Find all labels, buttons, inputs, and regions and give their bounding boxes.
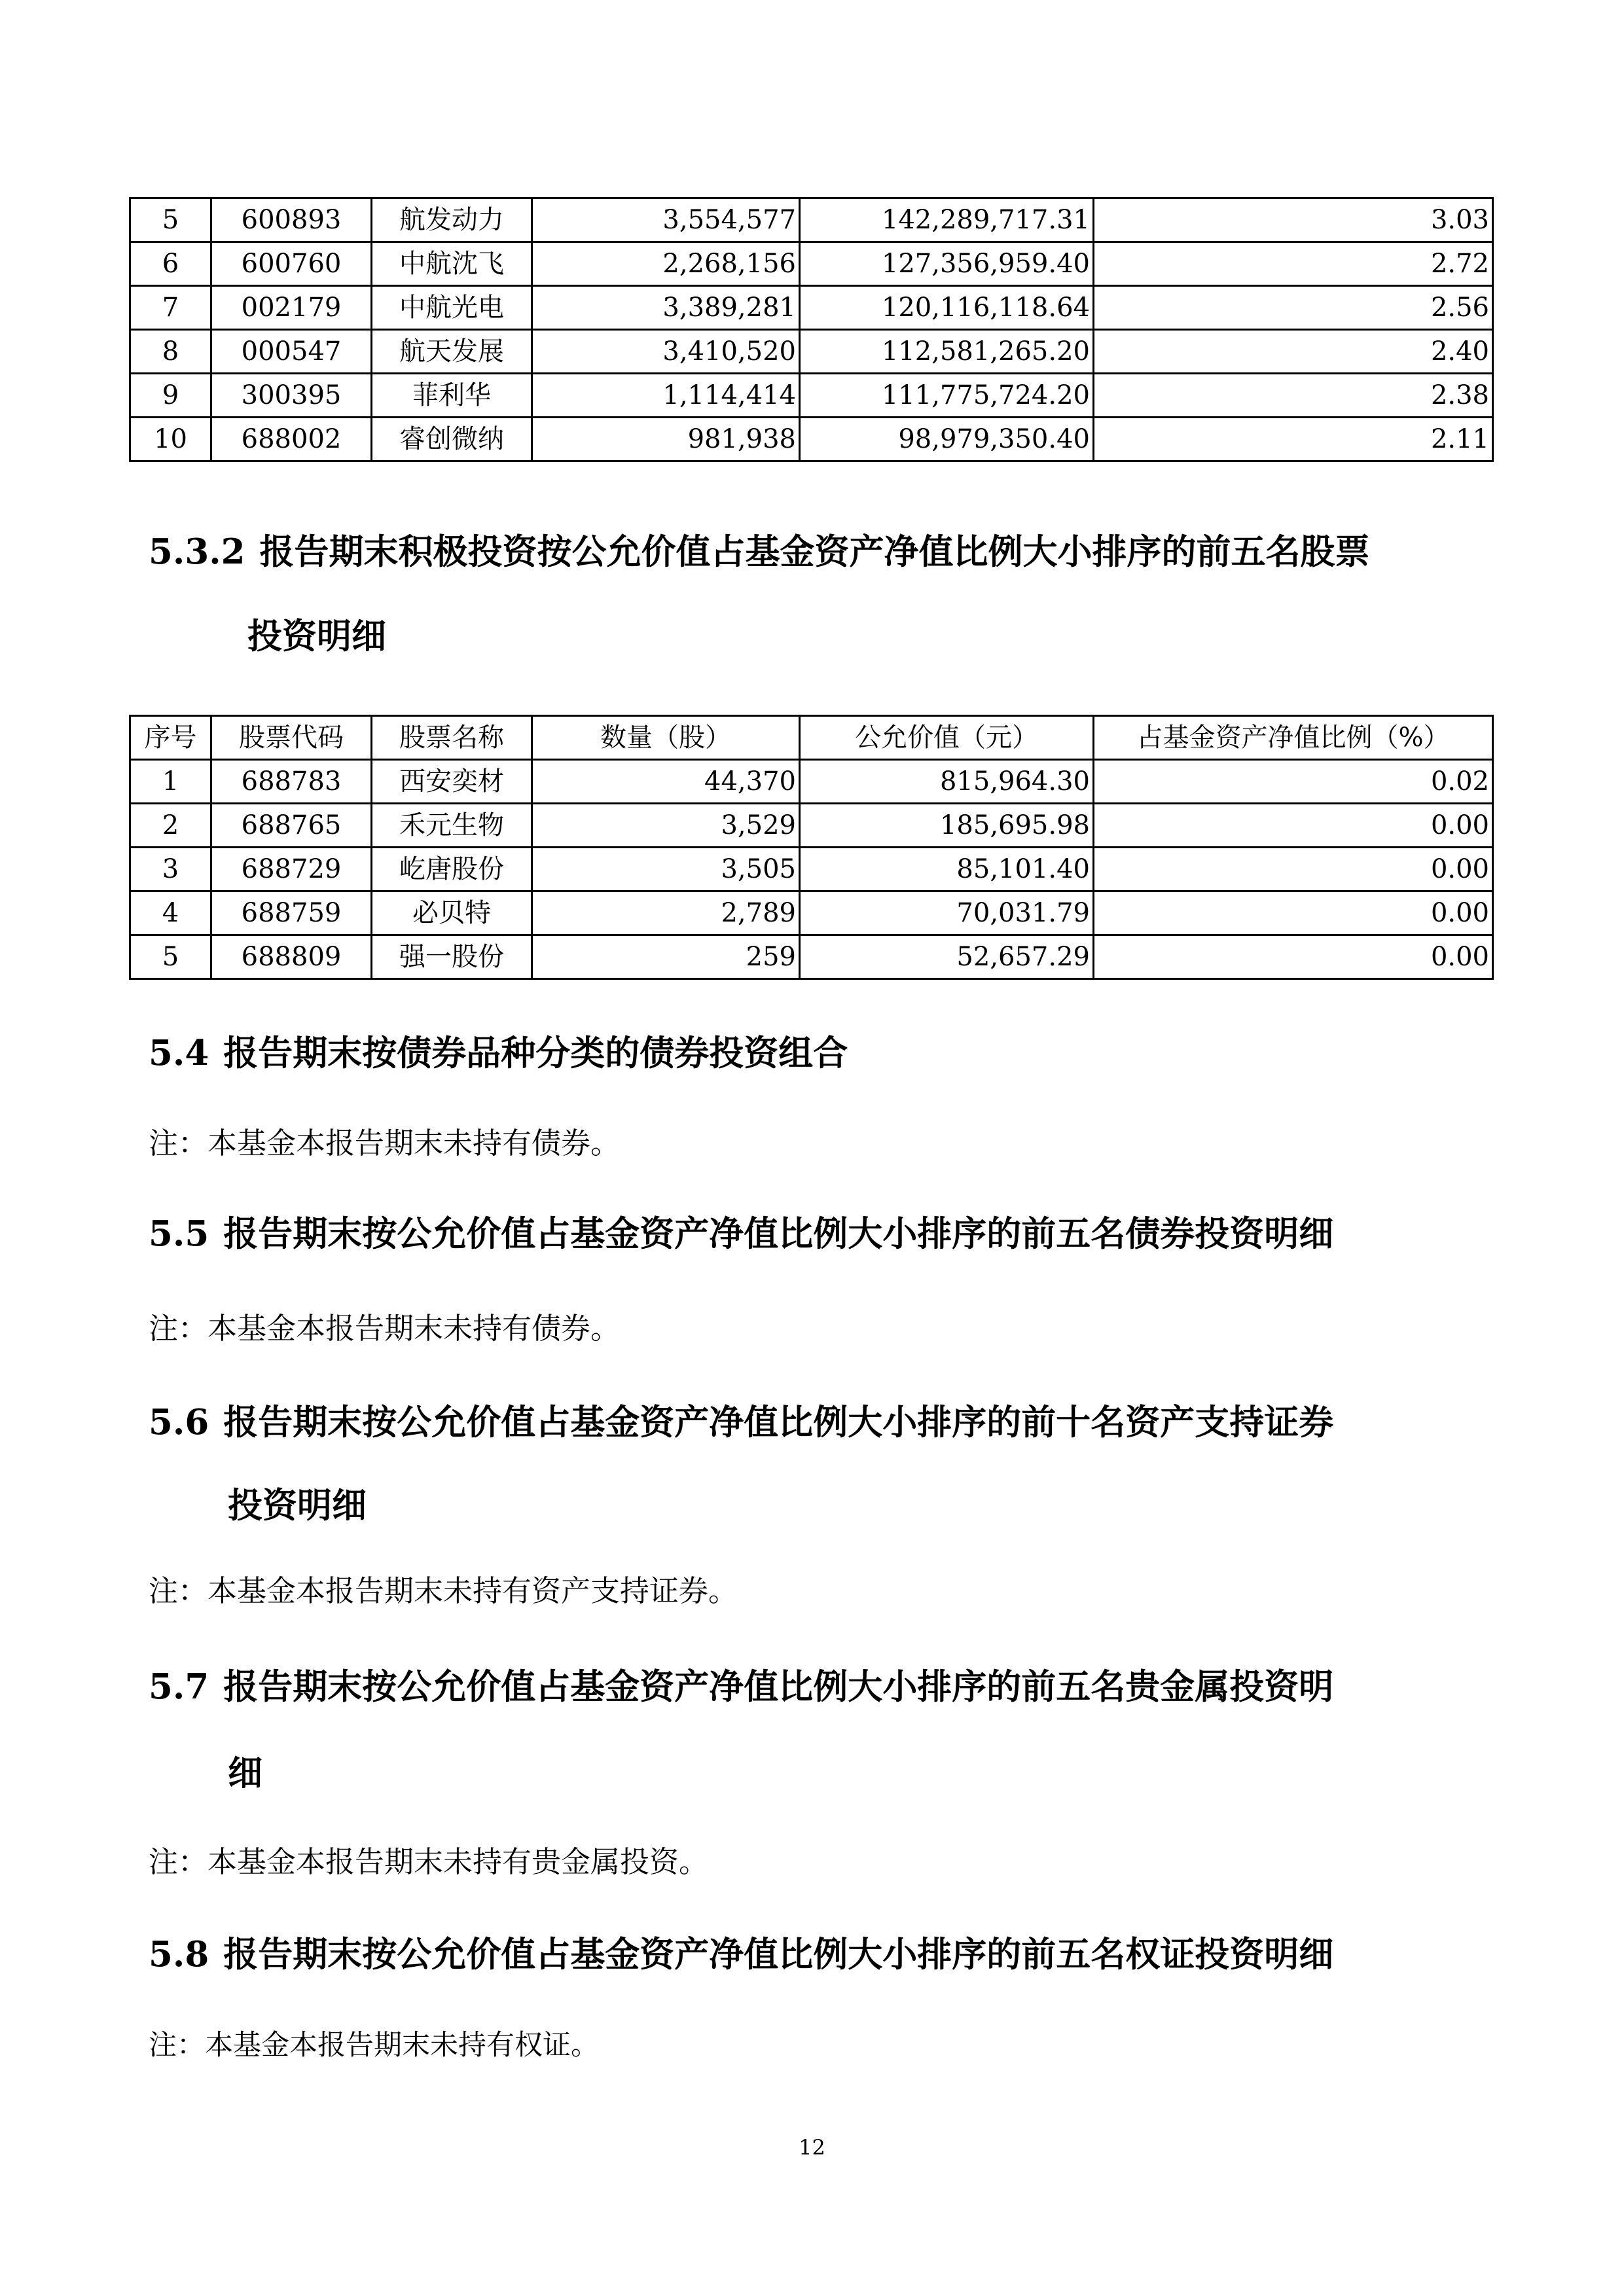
header-code: 股票代码 (211, 716, 372, 760)
cell-ratio: 2.72 (1094, 242, 1493, 286)
cell-fair-value: 111,775,724.20 (800, 374, 1094, 418)
section-number: 5.6 (149, 1399, 209, 1445)
cell-ratio: 2.40 (1094, 330, 1493, 374)
cell-code: 002179 (211, 286, 372, 330)
section-title: 报告期末按债券品种分类的债券投资组合 (223, 1033, 848, 1073)
cell-quantity: 3,554,577 (532, 198, 800, 242)
cell-code: 600893 (211, 198, 372, 242)
table-row: 4 688759 必贝特 2,789 70,031.79 0.00 (130, 891, 1493, 935)
cell-ratio: 0.00 (1094, 804, 1493, 848)
cell-fair-value: 52,657.29 (800, 935, 1094, 979)
cell-quantity: 44,370 (532, 760, 800, 804)
section-number: 5.8 (149, 1931, 209, 1977)
cell-quantity: 1,114,414 (532, 374, 800, 418)
cell-name: 航发动力 (372, 198, 532, 242)
cell-no: 3 (130, 848, 211, 891)
cell-code: 000547 (211, 330, 372, 374)
cell-code: 300395 (211, 374, 372, 418)
table-row: 9 300395 菲利华 1,114,414 111,775,724.20 2.… (130, 374, 1493, 418)
table-row: 8 000547 航天发展 3,410,520 112,581,265.20 2… (130, 330, 1493, 374)
section-heading-5-3-2: 5.3.2报告期末积极投资按公允价值占基金资产净值比例大小排序的前五名股票 (149, 529, 1370, 575)
cell-no: 9 (130, 374, 211, 418)
cell-name: 中航光电 (372, 286, 532, 330)
cell-fair-value: 98,979,350.40 (800, 418, 1094, 461)
cell-fair-value: 185,695.98 (800, 804, 1094, 848)
section-heading-5-3-2-line2: 投资明细 (247, 614, 386, 660)
section-title-line1: 报告期末按公允价值占基金资产净值比例大小排序的前十名资产支持证券 (223, 1403, 1333, 1443)
cell-code: 688729 (211, 848, 372, 891)
section-title: 报告期末按公允价值占基金资产净值比例大小排序的前五名权证投资明细 (223, 1935, 1333, 1975)
cell-ratio: 0.00 (1094, 935, 1493, 979)
cell-fair-value: 127,356,959.40 (800, 242, 1094, 286)
table-row: 6 600760 中航沈飞 2,268,156 127,356,959.40 2… (130, 242, 1493, 286)
section-heading-5-8: 5.8报告期末按公允价值占基金资产净值比例大小排序的前五名权证投资明细 (149, 1931, 1333, 1978)
cell-no: 2 (130, 804, 211, 848)
section-heading-5-6-line2: 投资明细 (228, 1483, 367, 1529)
cell-quantity: 3,505 (532, 848, 800, 891)
cell-no: 5 (130, 198, 211, 242)
table-row: 1 688783 西安奕材 44,370 815,964.30 0.02 (130, 760, 1493, 804)
section-number: 5.7 (149, 1664, 209, 1710)
cell-code: 688002 (211, 418, 372, 461)
table-row: 5 600893 航发动力 3,554,577 142,289,717.31 3… (130, 198, 1493, 242)
table-row: 5 688809 强一股份 259 52,657.29 0.00 (130, 935, 1493, 979)
cell-no: 8 (130, 330, 211, 374)
cell-code: 688759 (211, 891, 372, 935)
cell-ratio: 3.03 (1094, 198, 1493, 242)
active-investment-top5-table: 序号 股票代码 股票名称 数量（股） 公允价值（元） 占基金资产净值比例（%） … (129, 715, 1494, 980)
section-heading-5-6: 5.6报告期末按公允价值占基金资产净值比例大小排序的前十名资产支持证券 (149, 1399, 1333, 1446)
cell-name: 禾元生物 (372, 804, 532, 848)
cell-ratio: 2.56 (1094, 286, 1493, 330)
section-number: 5.4 (149, 1030, 209, 1076)
cell-name: 菲利华 (372, 374, 532, 418)
cell-name: 屹唐股份 (372, 848, 532, 891)
cell-no: 6 (130, 242, 211, 286)
cell-code: 688809 (211, 935, 372, 979)
cell-ratio: 2.11 (1094, 418, 1493, 461)
table-header-row: 序号 股票代码 股票名称 数量（股） 公允价值（元） 占基金资产净值比例（%） (130, 716, 1493, 760)
cell-quantity: 981,938 (532, 418, 800, 461)
table-row: 10 688002 睿创微纳 981,938 98,979,350.40 2.1… (130, 418, 1493, 461)
section-heading-5-5: 5.5报告期末按公允价值占基金资产净值比例大小排序的前五名债券投资明细 (149, 1211, 1333, 1257)
cell-ratio: 0.00 (1094, 891, 1493, 935)
cell-quantity: 3,529 (532, 804, 800, 848)
cell-quantity: 259 (532, 935, 800, 979)
cell-fair-value: 815,964.30 (800, 760, 1094, 804)
header-fair-value: 公允价值（元） (800, 716, 1094, 760)
header-no: 序号 (130, 716, 211, 760)
cell-name: 航天发展 (372, 330, 532, 374)
section-note-5-4: 注：本基金本报告期末未持有债券。 (149, 1124, 620, 1163)
cell-no: 4 (130, 891, 211, 935)
header-ratio: 占基金资产净值比例（%） (1094, 716, 1493, 760)
cell-fair-value: 112,581,265.20 (800, 330, 1094, 374)
section-note-5-5: 注：本基金本报告期末未持有债券。 (149, 1309, 620, 1348)
cell-fair-value: 120,116,118.64 (800, 286, 1094, 330)
cell-quantity: 3,389,281 (532, 286, 800, 330)
cell-no: 7 (130, 286, 211, 330)
header-name: 股票名称 (372, 716, 532, 760)
section-number: 5.5 (149, 1211, 209, 1257)
header-quantity: 数量（股） (532, 716, 800, 760)
cell-name: 中航沈飞 (372, 242, 532, 286)
section-note-5-7: 注：本基金本报告期末未持有贵金属投资。 (149, 1842, 708, 1882)
cell-no: 5 (130, 935, 211, 979)
cell-quantity: 2,268,156 (532, 242, 800, 286)
cell-no: 1 (130, 760, 211, 804)
section-number: 5.3.2 (149, 529, 245, 575)
cell-code: 688783 (211, 760, 372, 804)
cell-ratio: 0.00 (1094, 848, 1493, 891)
cell-ratio: 0.02 (1094, 760, 1493, 804)
section-title: 报告期末按公允价值占基金资产净值比例大小排序的前五名债券投资明细 (223, 1214, 1333, 1254)
cell-code: 600760 (211, 242, 372, 286)
cell-fair-value: 70,031.79 (800, 891, 1094, 935)
cell-fair-value: 85,101.40 (800, 848, 1094, 891)
table-row: 7 002179 中航光电 3,389,281 120,116,118.64 2… (130, 286, 1493, 330)
table-row: 3 688729 屹唐股份 3,505 85,101.40 0.00 (130, 848, 1493, 891)
page-number: 12 (0, 2135, 1624, 2160)
cell-name: 睿创微纳 (372, 418, 532, 461)
section-note-5-6: 注：本基金本报告期末未持有资产支持证券。 (149, 1571, 738, 1611)
cell-quantity: 3,410,520 (532, 330, 800, 374)
section-heading-5-7: 5.7报告期末按公允价值占基金资产净值比例大小排序的前五名贵金属投资明 (149, 1664, 1333, 1710)
section-note-5-8: 注：本基金本报告期末未持有权证。 (149, 2026, 599, 2065)
section-heading-5-7-line2: 细 (228, 1751, 262, 1797)
table-row: 2 688765 禾元生物 3,529 185,695.98 0.00 (130, 804, 1493, 848)
cell-name: 西安奕材 (372, 760, 532, 804)
cell-name: 强一股份 (372, 935, 532, 979)
cell-fair-value: 142,289,717.31 (800, 198, 1094, 242)
section-title-line1: 报告期末积极投资按公允价值占基金资产净值比例大小排序的前五名股票 (260, 532, 1370, 572)
cell-code: 688765 (211, 804, 372, 848)
cell-ratio: 2.38 (1094, 374, 1493, 418)
cell-quantity: 2,789 (532, 891, 800, 935)
cell-no: 10 (130, 418, 211, 461)
top10-stocks-table-continued: 5 600893 航发动力 3,554,577 142,289,717.31 3… (129, 197, 1494, 462)
section-heading-5-4: 5.4报告期末按债券品种分类的债券投资组合 (149, 1030, 848, 1077)
cell-name: 必贝特 (372, 891, 532, 935)
section-title-line1: 报告期末按公允价值占基金资产净值比例大小排序的前五名贵金属投资明 (223, 1667, 1333, 1707)
